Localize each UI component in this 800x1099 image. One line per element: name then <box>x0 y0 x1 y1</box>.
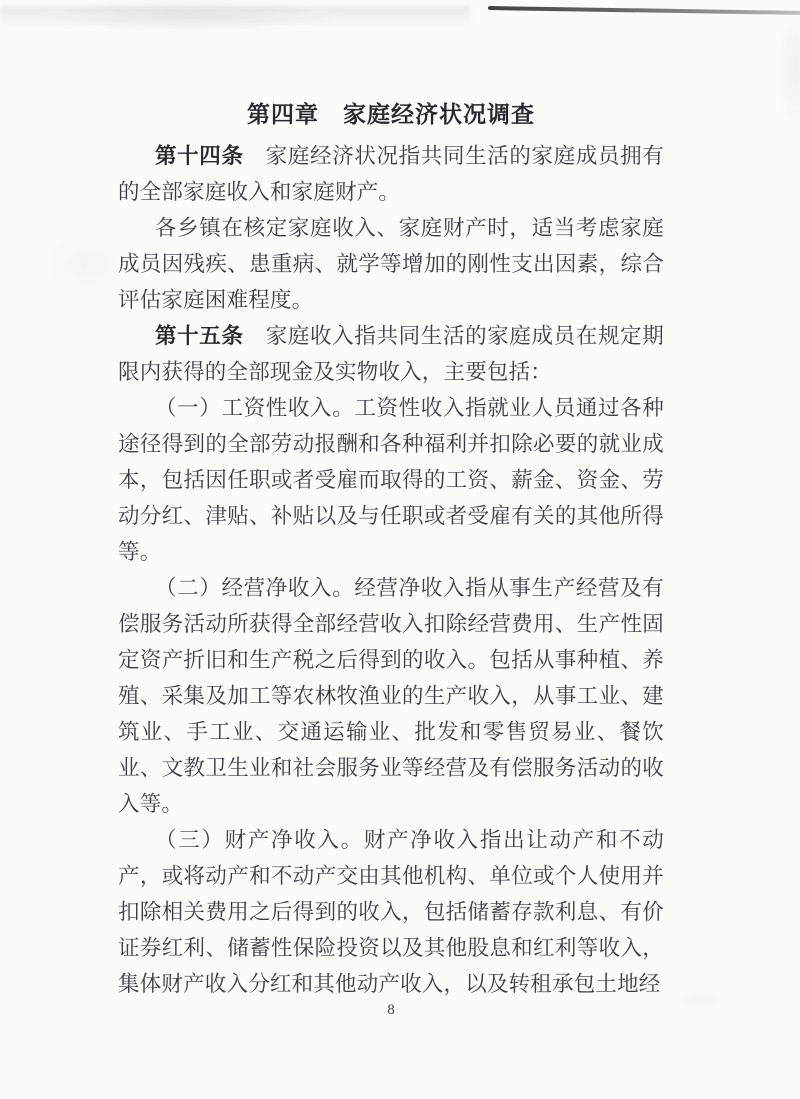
paragraph-text: （一）工资性收入。工资性收入指就业人员通过各种途径得到的全部劳动报酬和各种福利并… <box>118 396 664 564</box>
paragraph: （一）工资性收入。工资性收入指就业人员通过各种途径得到的全部劳动报酬和各种福利并… <box>118 390 664 570</box>
paragraph-text: 各乡镇在核定家庭收入、家庭财产时，适当考虑家庭成员因残疾、患重病、就学等增加的刚… <box>118 216 664 312</box>
paragraph: （二）经营净收入。经营净收入指从事生产经营及有偿服务活动所获得全部经营收入扣除经… <box>118 570 664 822</box>
paragraph-text: （二）经营净收入。经营净收入指从事生产经营及有偿服务活动所获得全部经营收入扣除经… <box>118 576 664 816</box>
article-number: 第十五条 <box>155 324 266 348</box>
chapter-title: 第四章 家庭经济状况调查 <box>118 97 664 131</box>
document-body: 第十四条 家庭经济状况指共同生活的家庭成员拥有的全部家庭收入和家庭财产。 各乡镇… <box>118 138 664 1002</box>
paragraph: 第十四条 家庭经济状况指共同生活的家庭成员拥有的全部家庭收入和家庭财产。 <box>118 138 664 210</box>
scan-smudge-artifact <box>0 6 470 26</box>
scan-line-artifact <box>488 6 800 15</box>
article-number: 第十四条 <box>155 144 266 168</box>
scanned-page: 第四章 家庭经济状况调查 第十四条 家庭经济状况指共同生活的家庭成员拥有的全部家… <box>0 0 800 1099</box>
paragraph: （三）财产净收入。财产净收入指出让动产和不动产，或将动产和不动产交由其他机构、单… <box>118 822 664 1002</box>
paragraph: 第十五条 家庭收入指共同生活的家庭成员在规定期限内获得的全部现金及实物收入，主要… <box>118 318 664 390</box>
paragraph-text: （三）财产净收入。财产净收入指出让动产和不动产，或将动产和不动产交由其他机构、单… <box>118 828 664 996</box>
page-number: 8 <box>118 999 664 1021</box>
paragraph: 各乡镇在核定家庭收入、家庭财产时，适当考虑家庭成员因残疾、患重病、就学等增加的刚… <box>118 210 664 318</box>
